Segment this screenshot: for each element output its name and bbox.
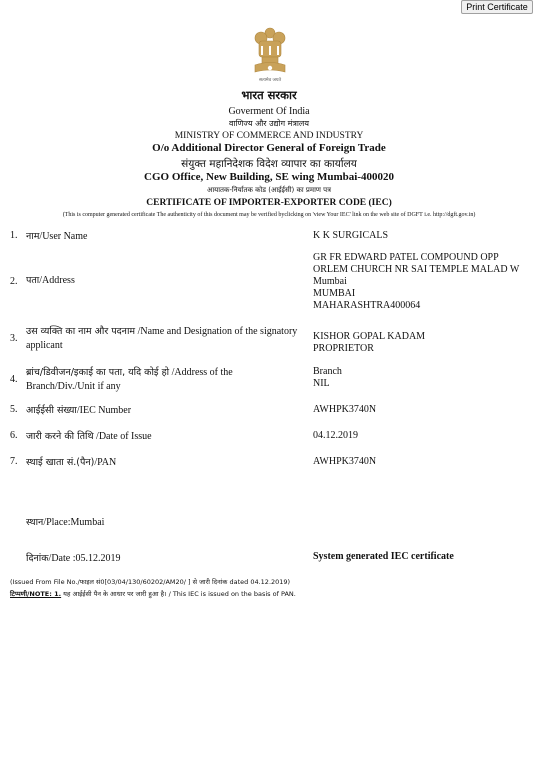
svg-text:सत्यमेव जयते: सत्यमेव जयते xyxy=(259,76,282,83)
field-label: जारी करने की तिथि /Date of Issue xyxy=(26,430,301,444)
certificate-title: CERTIFICATE OF IMPORTER-EXPORTER CODE (I… xyxy=(0,198,538,208)
field-number: 2. xyxy=(10,276,18,287)
field-label: उस व्यक्ति का नाम और पदनाम /Name and Des… xyxy=(26,325,301,353)
authenticity-note: (This is computer generated certificate … xyxy=(0,212,538,218)
office-address: CGO Office, New Building, SE wing Mumbai… xyxy=(0,171,538,183)
field-number: 1. xyxy=(10,230,18,241)
field-number: 5. xyxy=(10,404,18,415)
field-value: Branch NIL xyxy=(313,366,538,390)
field-value: AWHPK3740N xyxy=(313,404,538,416)
national-emblem-icon: सत्यमेव जयते xyxy=(247,24,293,84)
field-number: 7. xyxy=(10,456,18,467)
field-label: आईईसी संख्या/IEC Number xyxy=(26,404,301,418)
ministry-english: MINISTRY OF COMMERCE AND INDUSTRY xyxy=(0,131,538,141)
field-label: ब्रांच/डिवीजन/इकाई का पता, यदि कोई हो /A… xyxy=(26,366,301,394)
system-generated-label: System generated IEC certificate xyxy=(313,551,454,562)
date: दिनांक/Date :05.12.2019 xyxy=(26,551,120,564)
place: स्थान/Place:Mumbai xyxy=(26,515,104,528)
ministry-hindi: वाणिज्य और उद्योग मंत्रालय xyxy=(0,118,538,129)
print-certificate-button[interactable]: Print Certificate xyxy=(461,0,533,14)
field-number: 6. xyxy=(10,430,18,441)
certificate-title-hindi: आयातक-निर्यातक कोड (आईईसी) का प्रमाण पत्… xyxy=(0,186,538,195)
field-label: पता/Address xyxy=(26,274,301,288)
hindi-government-title: भारत सरकार xyxy=(0,88,538,103)
office-english: O/o Additional Director General of Forei… xyxy=(0,142,538,154)
field-value: AWHPK3740N xyxy=(313,456,538,468)
field-value: KISHOR GOPAL KADAM PROPRIETOR xyxy=(313,331,538,355)
field-value: K K SURGICALS xyxy=(313,230,538,242)
field-label: स्थाई खाता सं.(पैन)/PAN xyxy=(26,456,301,470)
office-hindi: संयुक्त महानिदेशक विदेश व्यापार का कार्य… xyxy=(0,157,538,171)
pan-note: टिप्पणी/NOTE: 1. यह आईईसी पैन के आधार पर… xyxy=(10,589,296,598)
field-number: 3. xyxy=(10,333,18,344)
field-value: 04.12.2019 xyxy=(313,430,538,442)
issued-from-file: (Issued From File No./फाइल सं0[03/04/130… xyxy=(10,577,290,586)
field-value: GR FR EDWARD PATEL COMPOUND OPP ORLEM CH… xyxy=(313,252,538,312)
field-number: 4. xyxy=(10,374,18,385)
government-of-india: Goverment Of India xyxy=(0,106,538,117)
field-label: नाम/User Name xyxy=(26,230,301,244)
